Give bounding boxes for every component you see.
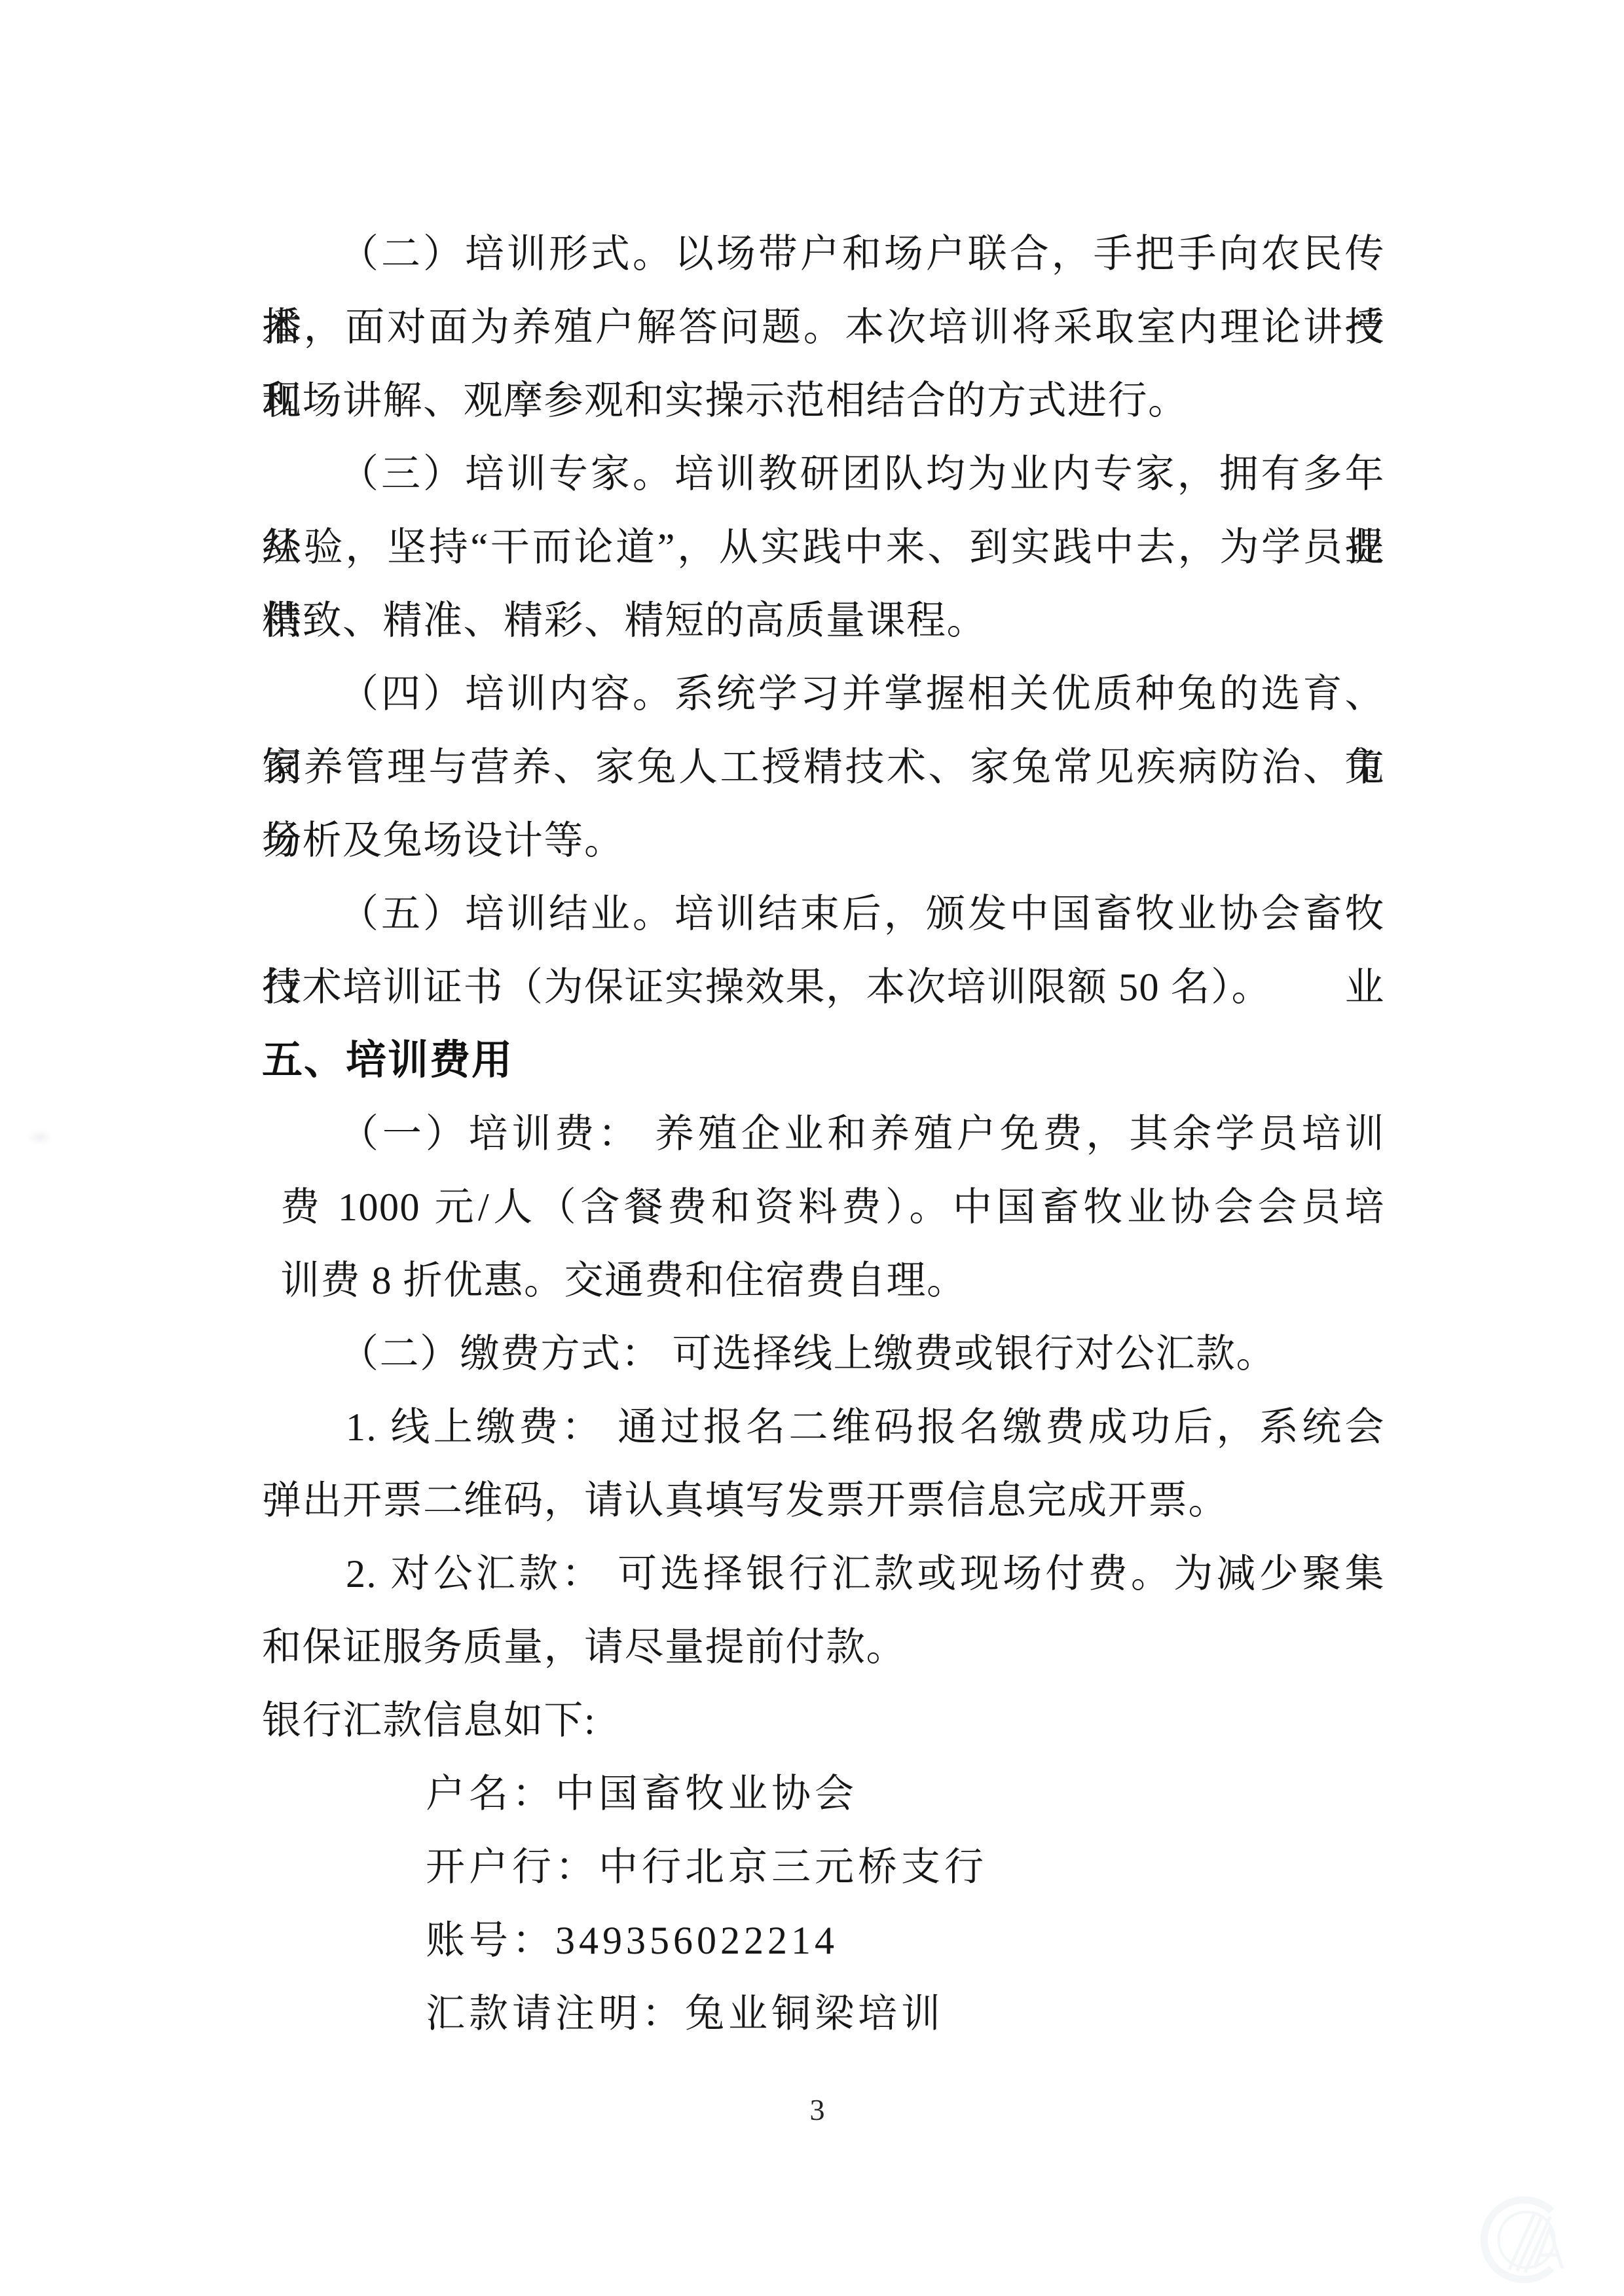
text-line: 精致、精准、精彩、精短的高质量课程。 (262, 584, 1385, 657)
section-heading: 五、培训费用 (262, 1024, 1385, 1097)
text-line: 技术培训证书（为保证实操效果，本次培训限额 50 名）。 (262, 951, 1385, 1024)
bank-info-line: 户名：中国畜牧业协会 (262, 1757, 1385, 1831)
text-line: 分析及兔场设计等。 (262, 804, 1385, 877)
document-page: （二）培训形式。以场带户和场户联合，手把手向农民传播技术，面对面为养殖户解答问题… (0, 0, 1624, 2296)
document-text-block: （二）培训形式。以场带户和场户联合，手把手向农民传播技术，面对面为养殖户解答问题… (262, 217, 1385, 2050)
text-line: （二）培训形式。以场带户和场户联合，手把手向农民传播技 (262, 217, 1385, 291)
text-line: （三）培训专家。培训教研团队均为业内专家，拥有多年从业 (262, 437, 1385, 511)
bank-info-line: 账号：349356022214 (262, 1904, 1385, 1977)
bank-info-line: 汇款请注明：兔业铜梁培训 (262, 1977, 1385, 2050)
text-line: 术，面对面为养殖户解答问题。本次培训将采取室内理论讲授和 (262, 291, 1385, 364)
text-line: 现场讲解、观摩参观和实操示范相结合的方式进行。 (262, 364, 1385, 437)
text-line: （一）培训费： 养殖企业和养殖户免费，其余学员培训 (262, 1097, 1385, 1171)
text-line: 训费 8 折优惠。交通费和住宿费自理。 (262, 1244, 1385, 1317)
text-line: 和保证服务质量，请尽量提前付款。 (262, 1611, 1385, 1684)
association-logo-watermark-icon (1475, 2190, 1574, 2289)
text-line: （二）缴费方式： 可选择线上缴费或银行对公汇款。 (262, 1317, 1385, 1391)
bank-info-line: 开户行：中行北京三元桥支行 (262, 1831, 1385, 1904)
text-line: 银行汇款信息如下: (262, 1684, 1385, 1757)
scan-artifact (25, 1127, 55, 1147)
text-line: 弹出开票二维码，请认真填写发票开票信息完成开票。 (262, 1464, 1385, 1537)
text-line: 经验，坚持“干而论道”，从实践中来、到实践中去，为学员提供 (262, 511, 1385, 584)
text-line: 1. 线上缴费： 通过报名二维码报名缴费成功后，系统会 (262, 1391, 1385, 1464)
text-line: 饲养管理与营养、家兔人工授精技术、家兔常见疾病防治、市场 (262, 731, 1385, 804)
text-line: （五）培训结业。培训结束后，颁发中国畜牧业协会畜牧行业 (262, 877, 1385, 951)
text-line: （四）培训内容。系统学习并掌握相关优质种兔的选育、家兔 (262, 657, 1385, 731)
text-line: 费 1000 元/人（含餐费和资料费）。中国畜牧业协会会员培 (262, 1171, 1385, 1244)
text-line: 2. 对公汇款： 可选择银行汇款或现场付费。为减少聚集 (262, 1537, 1385, 1611)
page-number: 3 (784, 2092, 850, 2127)
